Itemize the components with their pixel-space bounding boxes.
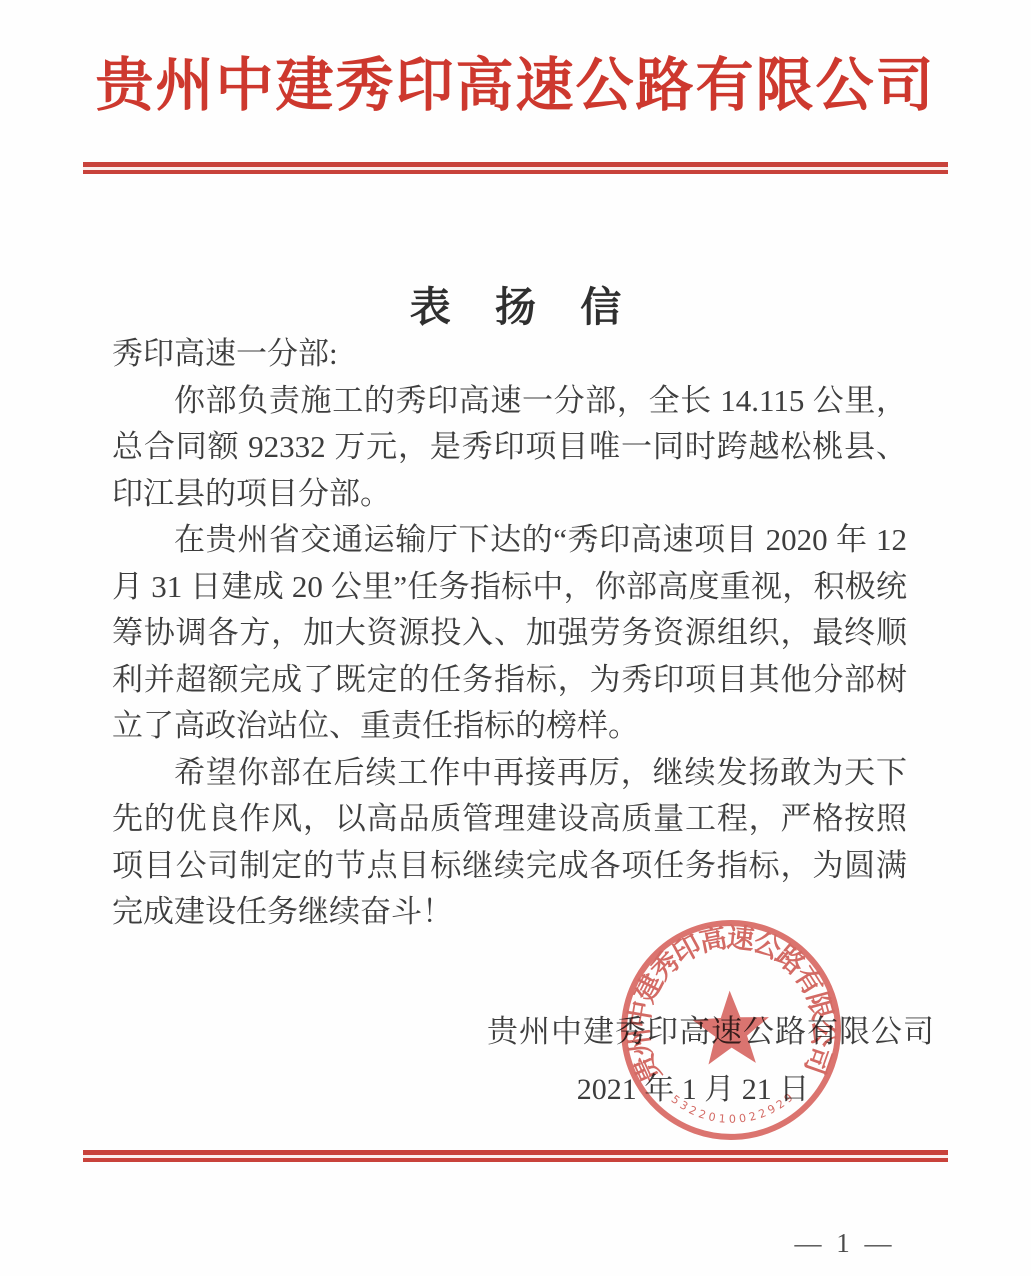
paragraph-1: 你部负责施工的秀印高速一分部，全长 14.115 公里，总合同额 92332 万…: [112, 378, 907, 518]
red-star-icon: [691, 989, 770, 1065]
commendation-letter-page: 贵州中建秀印高速公路有限公司 表 扬 信 秀印高速一分部: 你部负责施工的秀印高…: [0, 0, 1031, 1276]
paragraph-2: 在贵州省交通运输厅下达的“秀印高速项目 2020 年 12 月 31 日建成 2…: [112, 517, 907, 750]
letter-title: 表 扬 信: [0, 274, 1031, 333]
footer-divider: [83, 1150, 948, 1162]
paragraph-3: 希望你部在后续工作中再接再厉，继续发扬敢为天下先的优良作风，以高品质管理建设高质…: [112, 750, 907, 936]
letterhead-company-name: 贵州中建秀印高速公路有限公司: [0, 38, 1031, 122]
page-number: — 1 —: [775, 1228, 915, 1259]
salutation: 秀印高速一分部:: [112, 331, 907, 378]
letter-body: 秀印高速一分部: 你部负责施工的秀印高速一分部，全长 14.115 公里，总合同…: [112, 331, 907, 936]
letterhead-divider: [83, 162, 948, 174]
company-seal: 贵州中建秀印高速公路有限公司 5322010022929: [613, 912, 849, 1148]
